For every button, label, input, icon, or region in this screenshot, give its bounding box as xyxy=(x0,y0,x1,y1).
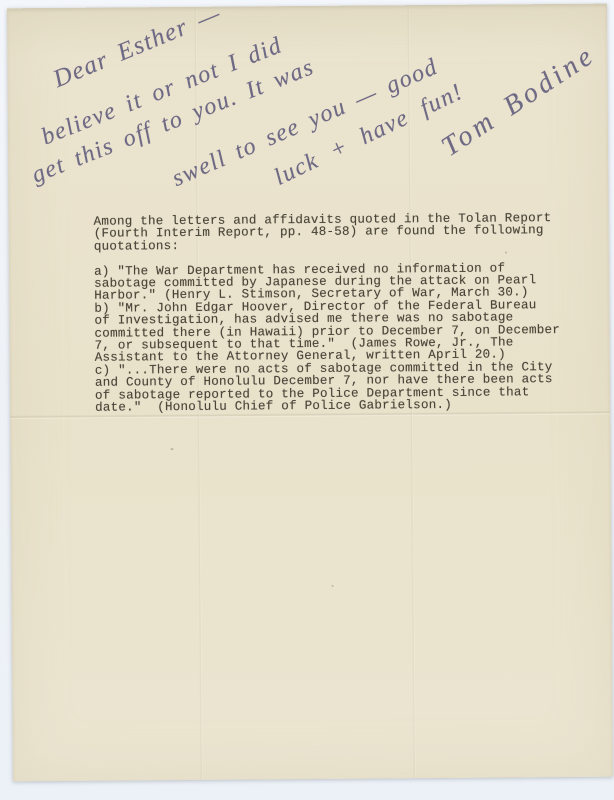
typewritten-text: Among the letters and affidavits quoted … xyxy=(94,212,576,414)
paper-speck xyxy=(170,448,173,450)
letter-page: Dear Esther — believe it or not I did ge… xyxy=(7,4,613,782)
scan-background: Dear Esther — believe it or not I did ge… xyxy=(0,0,614,800)
handwritten-note: Dear Esther — believe it or not I did ge… xyxy=(7,4,607,9)
paper-speck xyxy=(332,585,334,587)
